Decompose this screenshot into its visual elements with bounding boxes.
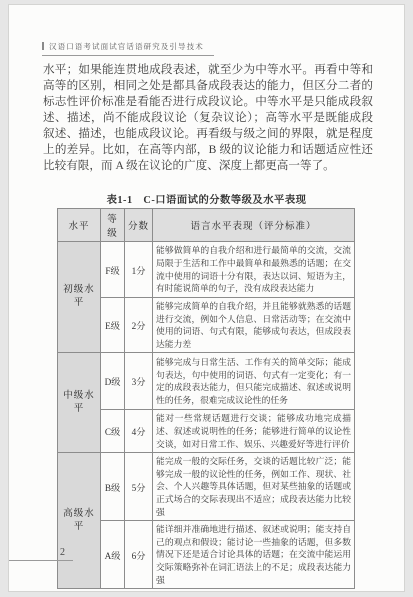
table-row: A级 6分 能详细并准确地进行描述、叙述或说明；能支持自己的观点和假设；能讨论一… [58, 521, 355, 589]
table-row: E级 2分 能够完成简单的自我介绍，并且能够就熟悉的话题进行交流，例如个人信息、… [58, 298, 355, 353]
level-cell-advanced: 高级水平 [58, 453, 101, 589]
header-rule-icon [42, 42, 44, 50]
col-header-score: 分数 [125, 209, 153, 242]
level-cell-beginner: 初级水平 [58, 242, 101, 353]
table-row: 初级水平 F级 1分 能够做简单的自我介绍和进行最简单的交流，交流局限于生活和工… [58, 242, 355, 298]
score-cell: 2分 [125, 298, 153, 353]
description-cell: 能够完成简单的自我介绍，并且能够就熟悉的话题进行交流，例如个人信息、日常活动等；… [153, 298, 355, 353]
table-row: 高级水平 B级 5分 能完成一般的交际任务，交谈的话题比较广泛；能够完成一般的议… [58, 453, 355, 521]
running-header-text: 汉语口语考试面试官话语研究及引导技术 [49, 42, 204, 51]
score-cell: 6分 [125, 521, 153, 589]
level-cell-intermediate: 中级水平 [58, 353, 101, 453]
grade-cell: E级 [101, 298, 125, 353]
grade-cell: C级 [101, 410, 125, 453]
running-header: 汉语口语考试面试官话语研究及引导技术 [42, 41, 214, 56]
grade-cell: D级 [101, 353, 125, 410]
table-title: 表1-1 C-口语面试的分数等级及水平表现 [9, 191, 404, 206]
col-header-grade: 等级 [101, 209, 125, 242]
description-cell: 能够做简单的自我介绍和进行最简单的交流，交流局限于生活和工作中最简单和最熟悉的话… [153, 242, 355, 298]
document-page: 汉语口语考试面试官话语研究及引导技术 水平；如果能连贯地成段表述，就至少为中等水… [8, 4, 405, 592]
description-cell: 能完成一般的交际任务，交谈的话题比较广泛；能够完成一般的议论性的任务，例如工作、… [153, 453, 355, 521]
grade-cell: B级 [101, 453, 125, 521]
table-header-row: 水平 等级 分数 语言水平表现（评分标准） [58, 209, 355, 242]
score-level-table: 水平 等级 分数 语言水平表现（评分标准） 初级水平 F级 1分 能够做简单的自… [57, 208, 355, 589]
page-number: 2 [9, 547, 73, 561]
body-paragraph: 水平；如果能连贯地成段表述，就至少为中等水平。再看中等和高等的区别，相同之处是都… [43, 62, 373, 174]
grade-cell: F级 [101, 242, 125, 298]
description-cell: 能对一些常规话题进行交谈；能够成功地完成描述、叙述或说明性的任务；能够进行简单的… [153, 410, 355, 453]
score-cell: 5分 [125, 453, 153, 521]
description-cell: 能够完成与日常生活、工作有关的简单交际；能成句表达，句中使用的词语、句式有一定变… [153, 353, 355, 410]
col-header-level: 水平 [58, 209, 101, 242]
score-cell: 3分 [125, 353, 153, 410]
col-header-performance: 语言水平表现（评分标准） [153, 209, 355, 242]
grade-cell: A级 [101, 521, 125, 589]
table-row: 中级水平 D级 3分 能够完成与日常生活、工作有关的简单交际；能成句表达，句中使… [58, 353, 355, 410]
score-cell: 1分 [125, 242, 153, 298]
score-cell: 4分 [125, 410, 153, 453]
description-cell: 能详细并准确地进行描述、叙述或说明；能支持自己的观点和假设；能讨论一些抽象的话题… [153, 521, 355, 589]
table-row: C级 4分 能对一些常规话题进行交谈；能够成功地完成描述、叙述或说明性的任务；能… [58, 410, 355, 453]
